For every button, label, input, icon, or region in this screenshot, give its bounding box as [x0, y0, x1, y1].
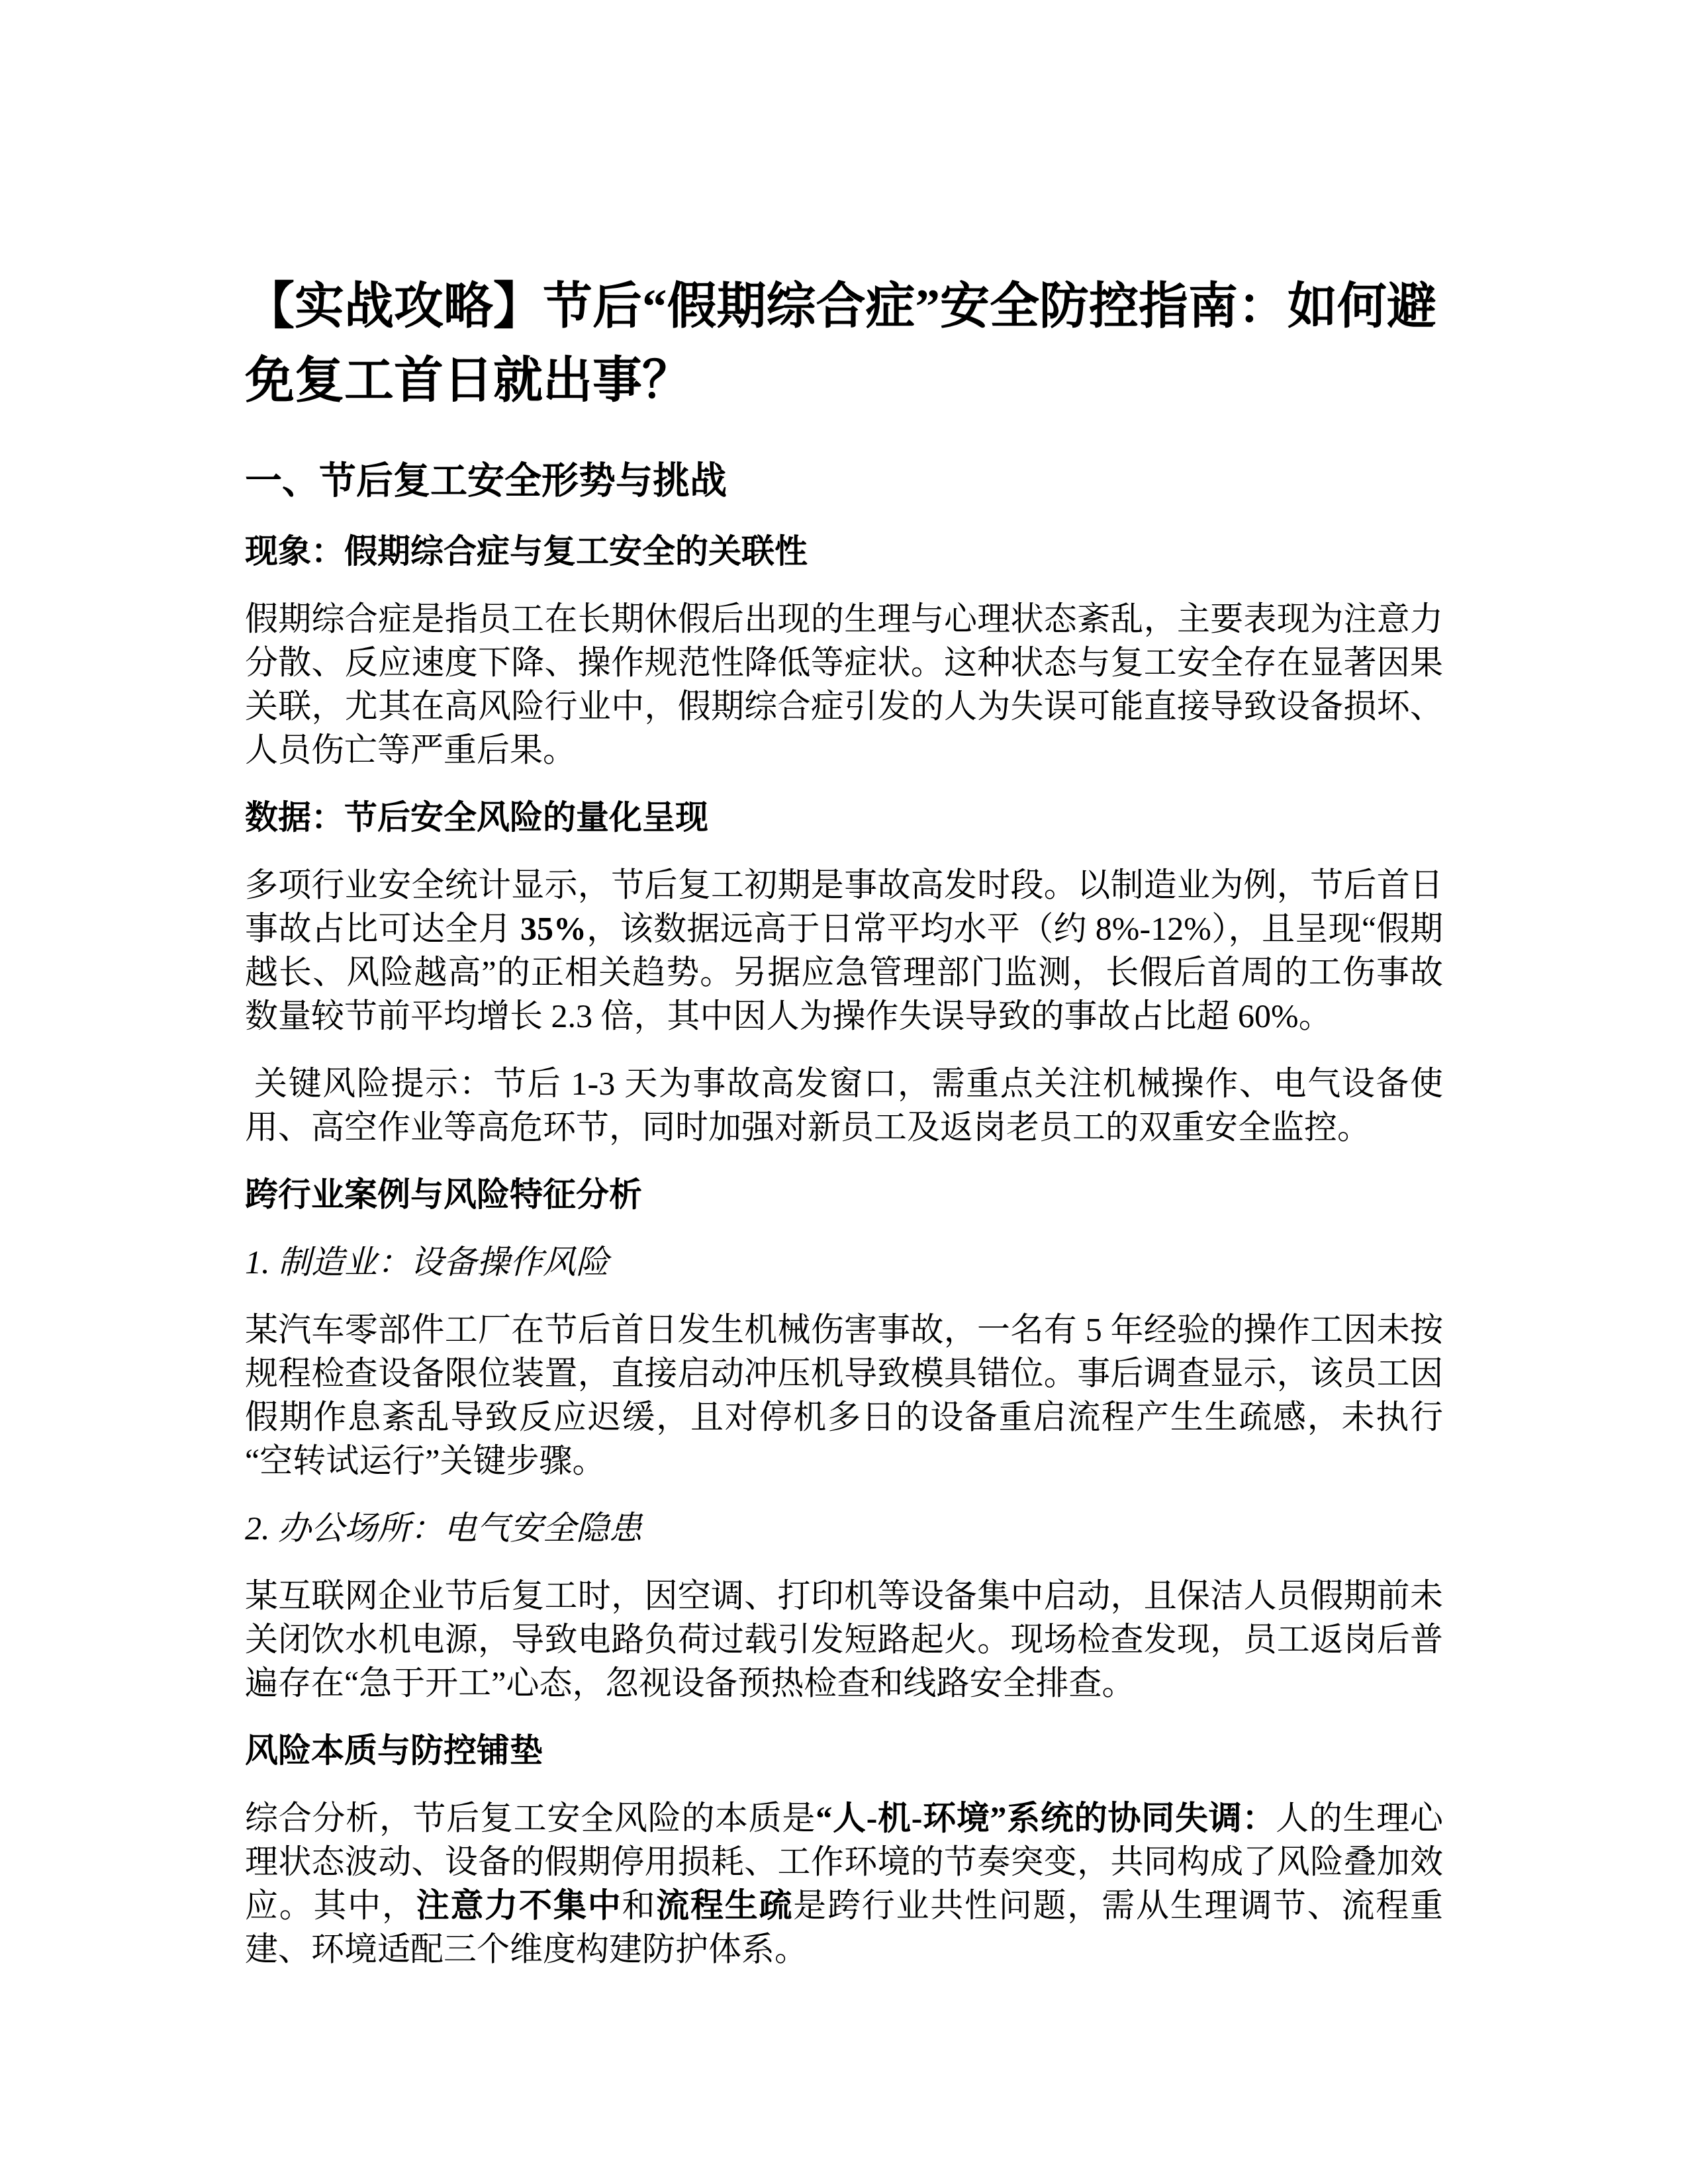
case-heading-office: 2. 办公场所：电气安全隐患: [245, 1506, 1443, 1550]
sub-heading-essence: 风险本质与防控铺垫: [245, 1729, 1443, 1772]
sub-heading-cases: 跨行业案例与风险特征分析: [245, 1173, 1443, 1216]
paragraph-manufacturing: 某汽车零部件工厂在节后首日发生机械伤害事故，一名有 5 年经验的操作工因未按规程…: [245, 1308, 1443, 1482]
sub-heading-data: 数据：节后安全风险的量化呈现: [245, 796, 1443, 839]
paragraph-office: 某互联网企业节后复工时，因空调、打印机等设备集中启动，且保洁人员假期前未关闭饮水…: [245, 1574, 1443, 1705]
paragraph-essence: 综合分析，节后复工安全风险的本质是“人-机-环境”系统的协同失调：人的生理心理状…: [245, 1796, 1443, 1971]
paragraph-data: 多项行业安全统计显示，节后复工初期是事故高发时段。以制造业为例，节后首日事故占比…: [245, 863, 1443, 1038]
paragraph-phenomenon: 假期综合症是指员工在长期休假后出现的生理与心理状态紊乱，主要表现为注意力分散、反…: [245, 597, 1443, 772]
sub-heading-phenomenon: 现象：假期综合症与复工安全的关联性: [245, 529, 1443, 573]
section-heading-situation: 一、节后复工安全形势与挑战: [245, 457, 1443, 506]
document-page: 【实战攻略】节后“假期综合症”安全防控指南：如何避免复工首日就出事？ 一、节后复…: [0, 0, 1688, 2184]
article-body: 【实战攻略】节后“假期综合症”安全防控指南：如何避免复工首日就出事？ 一、节后复…: [245, 270, 1443, 1971]
paragraph-risk-tip: 关键风险提示：节后 1-3 天为事故高发窗口，需重点关注机械操作、电气设备使用、…: [245, 1062, 1443, 1149]
case-heading-manufacturing: 1. 制造业：设备操作风险: [245, 1240, 1443, 1284]
doc-title: 【实战攻略】节后“假期综合症”安全防控指南：如何避免复工首日就出事？: [245, 270, 1443, 418]
